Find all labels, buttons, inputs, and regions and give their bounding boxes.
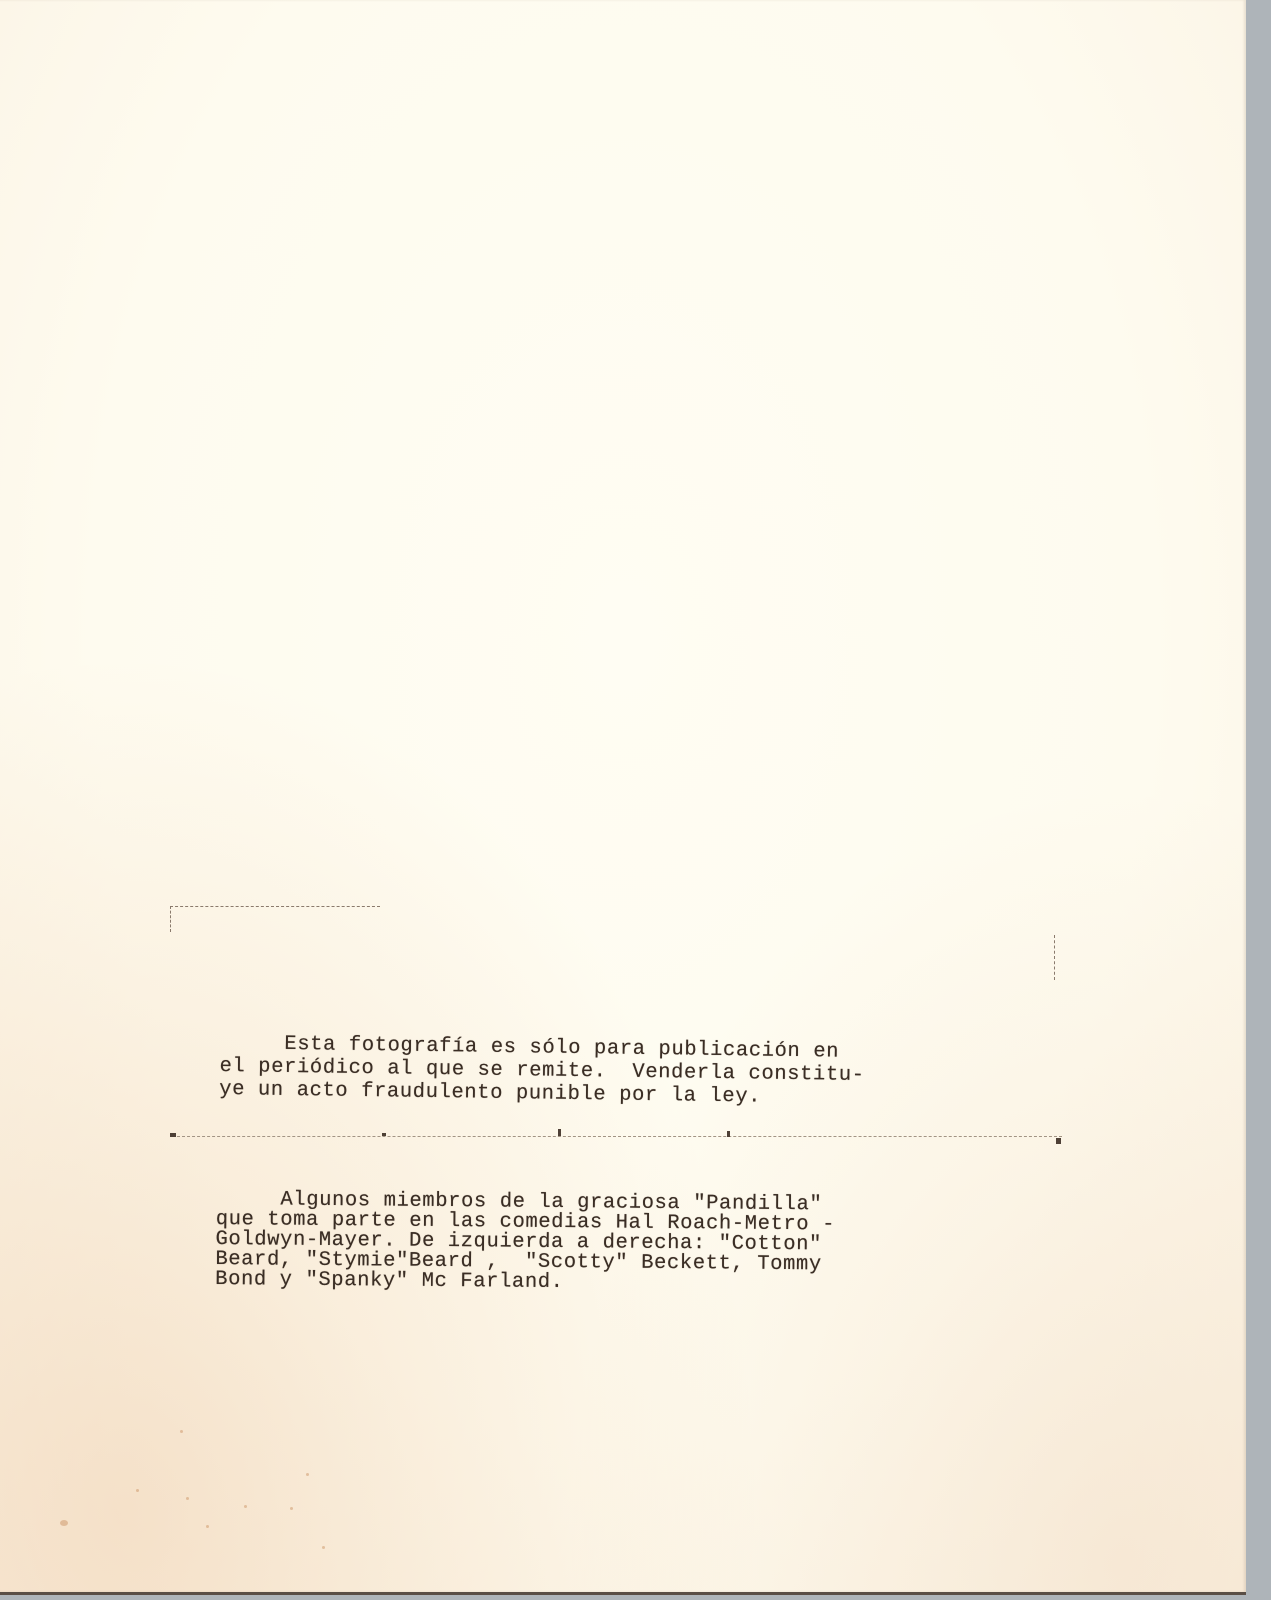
age-spot (186, 1497, 189, 1500)
notice-line: ye un acto fraudulento punible por la le… (219, 1080, 761, 1108)
age-spot (290, 1507, 293, 1510)
cut-mark-tick (727, 1131, 730, 1137)
cut-guide-right (1054, 935, 1055, 980)
cut-guide-top (170, 906, 380, 907)
age-spot (322, 1546, 325, 1549)
cut-mark-tick (1056, 1138, 1061, 1144)
cut-mark-tick (170, 1133, 176, 1137)
age-spot (244, 1505, 247, 1508)
usage-notice: Esta fotografía es sólo para publicación… (219, 1034, 272, 1135)
age-spot (136, 1489, 139, 1492)
age-spot (180, 1430, 183, 1433)
photo-back-page: Esta fotografía es sólo para publicación… (0, 0, 1246, 1595)
age-spot (306, 1473, 309, 1476)
age-spot (206, 1525, 209, 1528)
photo-caption: Algunos miembros de la graciosa "Pandill… (215, 1190, 268, 1330)
cut-guide-top-left-corner (170, 906, 171, 932)
cut-mark-tick (558, 1129, 561, 1136)
caption-line: Bond y "Spanky" Mc Farland. (215, 1270, 564, 1293)
cut-guide-bottom (172, 1136, 1062, 1137)
age-spot (60, 1520, 68, 1526)
cut-mark-tick (382, 1133, 386, 1136)
